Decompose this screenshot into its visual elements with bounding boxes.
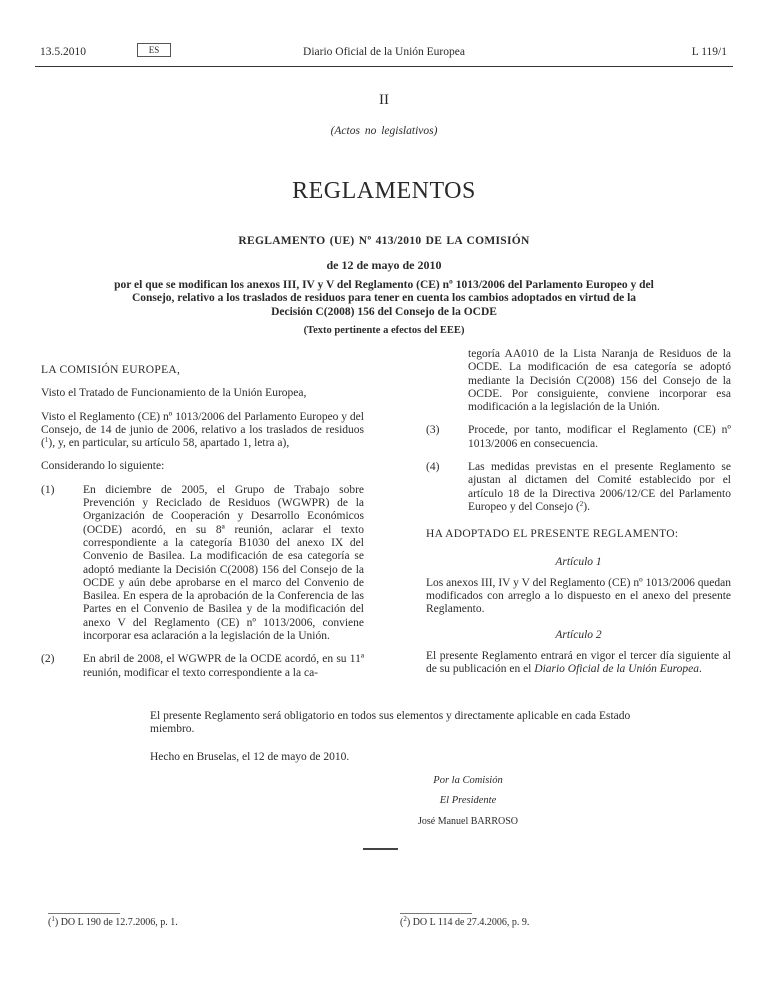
recital-2: (2) En abril de 2008, el WGWPR de la OCD… (41, 653, 364, 680)
header-divider (35, 66, 733, 67)
place-and-date: Hecho en Bruselas, el 12 de mayo de 2010… (150, 751, 650, 764)
regulation-note: (Texto pertinente a efectos del EEE) (0, 325, 768, 336)
recital-3: (3) Procede, por tanto, modificar el Reg… (426, 424, 731, 451)
left-column: LA COMISIÓN EUROPEA, Visto el Tratado de… (41, 364, 364, 690)
adoption-statement: HA ADOPTADO EL PRESENTE REGLAMENTO: (426, 528, 731, 541)
end-divider (363, 848, 398, 850)
binding-statement: El presente Reglamento será obligatorio … (150, 710, 650, 737)
recital-number: (2) (41, 653, 83, 680)
footnote-ref-1[interactable]: 1 (45, 436, 49, 444)
footnote-2: (2) DO L 114 de 27.4.2006, p. 9. (400, 917, 529, 928)
recital-number: (4) (426, 461, 468, 514)
regulation-title: REGLAMENTO (UE) Nº 413/2010 DE LA COMISI… (0, 235, 768, 247)
considerando-intro: Considerando lo siguiente: (41, 460, 364, 473)
regulation-description: por el que se modifican los anexos III, … (110, 279, 658, 319)
recital-2-continuation: tegoría AA010 de la Lista Naranja de Res… (426, 348, 731, 414)
recital-1: (1) En diciembre de 2005, el Grupo de Tr… (41, 484, 364, 644)
page-reference: L 119/1 (692, 45, 727, 59)
section-number: II (0, 92, 768, 109)
article-2-text: El presente Reglamento entrará en vigor … (426, 650, 731, 677)
article-1-text: Los anexos III, IV y V del Reglamento (C… (426, 577, 731, 617)
recital-number: (3) (426, 424, 468, 451)
recital-text: En diciembre de 2005, el Grupo de Trabaj… (83, 484, 364, 644)
footnote-1: (1) DO L 190 de 12.7.2006, p. 1. (48, 917, 178, 928)
recital-text: Procede, por tanto, modificar el Reglame… (468, 424, 731, 451)
section-subtitle: (Actos no legislativos) (0, 125, 768, 137)
closing-block: El presente Reglamento será obligatorio … (150, 710, 650, 764)
citation-regulation: Visto el Reglamento (CE) nº 1013/2006 de… (41, 411, 364, 451)
right-column: tegoría AA010 de la Lista Naranja de Res… (426, 348, 731, 677)
recital-text: En abril de 2008, el WGWPR de la OCDE ac… (83, 653, 364, 680)
issuing-authority: LA COMISIÓN EUROPEA, (41, 364, 364, 377)
signature-line-1: Por la Comisión (368, 775, 568, 786)
citation-treaty: Visto el Tratado de Funcionamiento de la… (41, 387, 364, 400)
recital-number: (1) (41, 484, 83, 644)
footnote-ref-2[interactable]: 2 (580, 500, 584, 508)
journal-title: Diario Oficial de la Unión Europea (0, 45, 768, 59)
regulation-date: de 12 de mayo de 2010 (0, 258, 768, 273)
signature-line-2: El Presidente (368, 795, 568, 806)
article-1-heading: Artículo 1 (426, 556, 731, 569)
section-title: REGLAMENTOS (0, 178, 768, 205)
article-2-heading: Artículo 2 (426, 629, 731, 642)
recital-text: Las medidas previstas en el presente Reg… (468, 461, 731, 514)
signatory-name: José Manuel BARROSO (368, 816, 568, 827)
footnote-divider-left (48, 913, 120, 914)
recital-text: tegoría AA010 de la Lista Naranja de Res… (468, 348, 731, 414)
footnote-divider-right (400, 913, 472, 914)
recital-4: (4) Las medidas previstas en el presente… (426, 461, 731, 514)
